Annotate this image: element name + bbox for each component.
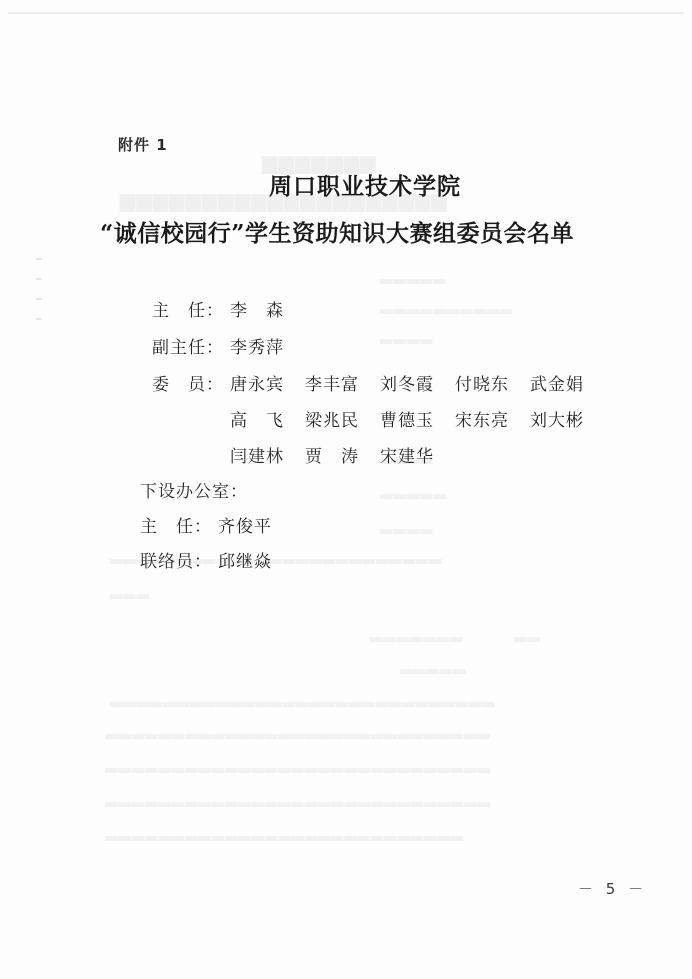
committee-deputy-row: 副主任： 李秀萍 bbox=[152, 333, 305, 358]
binding-hole-mark bbox=[36, 258, 42, 260]
office-liaison-name: 邱继焱 bbox=[218, 547, 293, 572]
office-director-label: 主 任： bbox=[140, 512, 218, 537]
office-liaison-label: 联络员： bbox=[140, 547, 218, 572]
bleed-through-text: ▂▂▂▂▂ bbox=[380, 480, 447, 499]
members-label-spacer bbox=[152, 442, 230, 467]
title-committee-list: “诚信校园行”学生资助知识大赛组委员会名单 bbox=[100, 215, 574, 248]
member-name: 刘冬霞 bbox=[380, 370, 455, 395]
bleed-through-text: ▂▂▂▂ bbox=[380, 515, 433, 534]
bleed-through-text: ▂▂▂▂ bbox=[380, 325, 433, 344]
attachment-label: 附件 1 bbox=[118, 134, 168, 155]
member-name: 宋建华 bbox=[380, 442, 455, 467]
director-label: 主 任： bbox=[152, 296, 230, 321]
member-names: 高 飞 梁兆民 曹德玉 宋东亮 刘大彬 bbox=[230, 406, 605, 431]
title-institution: 周口职业技术学院 bbox=[0, 168, 692, 201]
office-director-name: 齐俊平 bbox=[218, 512, 293, 537]
page-number: － 5 － bbox=[578, 878, 647, 899]
member-name: 李丰富 bbox=[305, 370, 380, 395]
bleed-through-text: ▂▂▂▂▂▂▂▂▂▂▂▂▂▂▂▂▂▂▂▂▂▂▂▂▂▂▂▂▂ bbox=[105, 720, 491, 739]
office-liaison-row: 联络员： 邱继焱 bbox=[140, 547, 293, 572]
member-name: 付晓东 bbox=[455, 370, 530, 395]
bleed-through-text: ▂▂▂▂▂▂▂ ▂▂ bbox=[370, 620, 541, 643]
member-names: 唐永宾 李丰富 刘冬霞 付晓东 武金娟 bbox=[230, 370, 605, 395]
deputy-director-label: 副主任： bbox=[152, 333, 230, 358]
binding-hole-mark bbox=[36, 298, 42, 300]
member-name: 唐永宾 bbox=[230, 370, 305, 395]
member-name: 宋东亮 bbox=[455, 406, 530, 431]
member-names: 闫建林 贾 涛 宋建华 bbox=[230, 442, 455, 467]
committee-members-row: 委 员： 唐永宾 李丰富 刘冬霞 付晓东 武金娟 bbox=[152, 370, 605, 395]
binding-hole-mark bbox=[36, 318, 42, 320]
bleed-through-text: ▂▂▂▂▂▂▂▂▂▂▂▂▂▂▂▂▂▂▂▂▂▂▂▂▂▂▂▂▂ bbox=[105, 788, 491, 807]
scan-top-edge bbox=[8, 12, 684, 14]
member-name: 刘大彬 bbox=[530, 406, 605, 431]
member-name: 曹德玉 bbox=[380, 406, 455, 431]
member-name: 梁兆民 bbox=[305, 406, 380, 431]
committee-members-row: 闫建林 贾 涛 宋建华 bbox=[152, 442, 455, 467]
director-name: 李 森 bbox=[230, 296, 305, 321]
office-heading-row: 下设办公室： bbox=[140, 477, 248, 502]
member-name: 贾 涛 bbox=[305, 442, 380, 467]
office-director-row: 主 任： 齐俊平 bbox=[140, 512, 293, 537]
bleed-through-text: ▂▂▂▂▂▂▂▂▂▂▂▂▂▂▂▂▂▂▂▂▂▂▂▂▂▂▂ bbox=[105, 822, 464, 841]
member-name: 闫建林 bbox=[230, 442, 305, 467]
bleed-through-text: ▂▂▂▂▂ bbox=[380, 265, 447, 284]
office-heading: 下设办公室： bbox=[140, 477, 248, 502]
bleed-through-text: ▂▂▂▂▂▂▂▂▂▂▂▂▂▂▂▂▂▂▂▂▂▂▂▂▂▂▂▂▂ bbox=[110, 688, 496, 707]
committee-director-row: 主 任： 李 森 bbox=[152, 296, 305, 321]
member-name: 高 飞 bbox=[230, 406, 305, 431]
members-label: 委 员： bbox=[152, 370, 230, 395]
bleed-through-text: ▂▂▂▂▂▂▂▂▂▂▂▂▂▂▂▂▂▂▂▂▂▂▂▂▂▂▂▂▂ bbox=[105, 754, 491, 773]
bleed-through-text: ▂▂▂▂▂▂▂▂▂▂ bbox=[380, 295, 513, 314]
bleed-through-text: ▂▂▂▂▂ bbox=[400, 655, 467, 674]
deputy-director-name: 李秀萍 bbox=[230, 333, 305, 358]
members-label-spacer bbox=[152, 406, 230, 431]
binding-hole-mark bbox=[36, 278, 42, 280]
member-name: 武金娟 bbox=[530, 370, 605, 395]
committee-members-row: 高 飞 梁兆民 曹德玉 宋东亮 刘大彬 bbox=[152, 406, 605, 431]
bleed-through-text: ▂▂▂ bbox=[110, 580, 150, 599]
